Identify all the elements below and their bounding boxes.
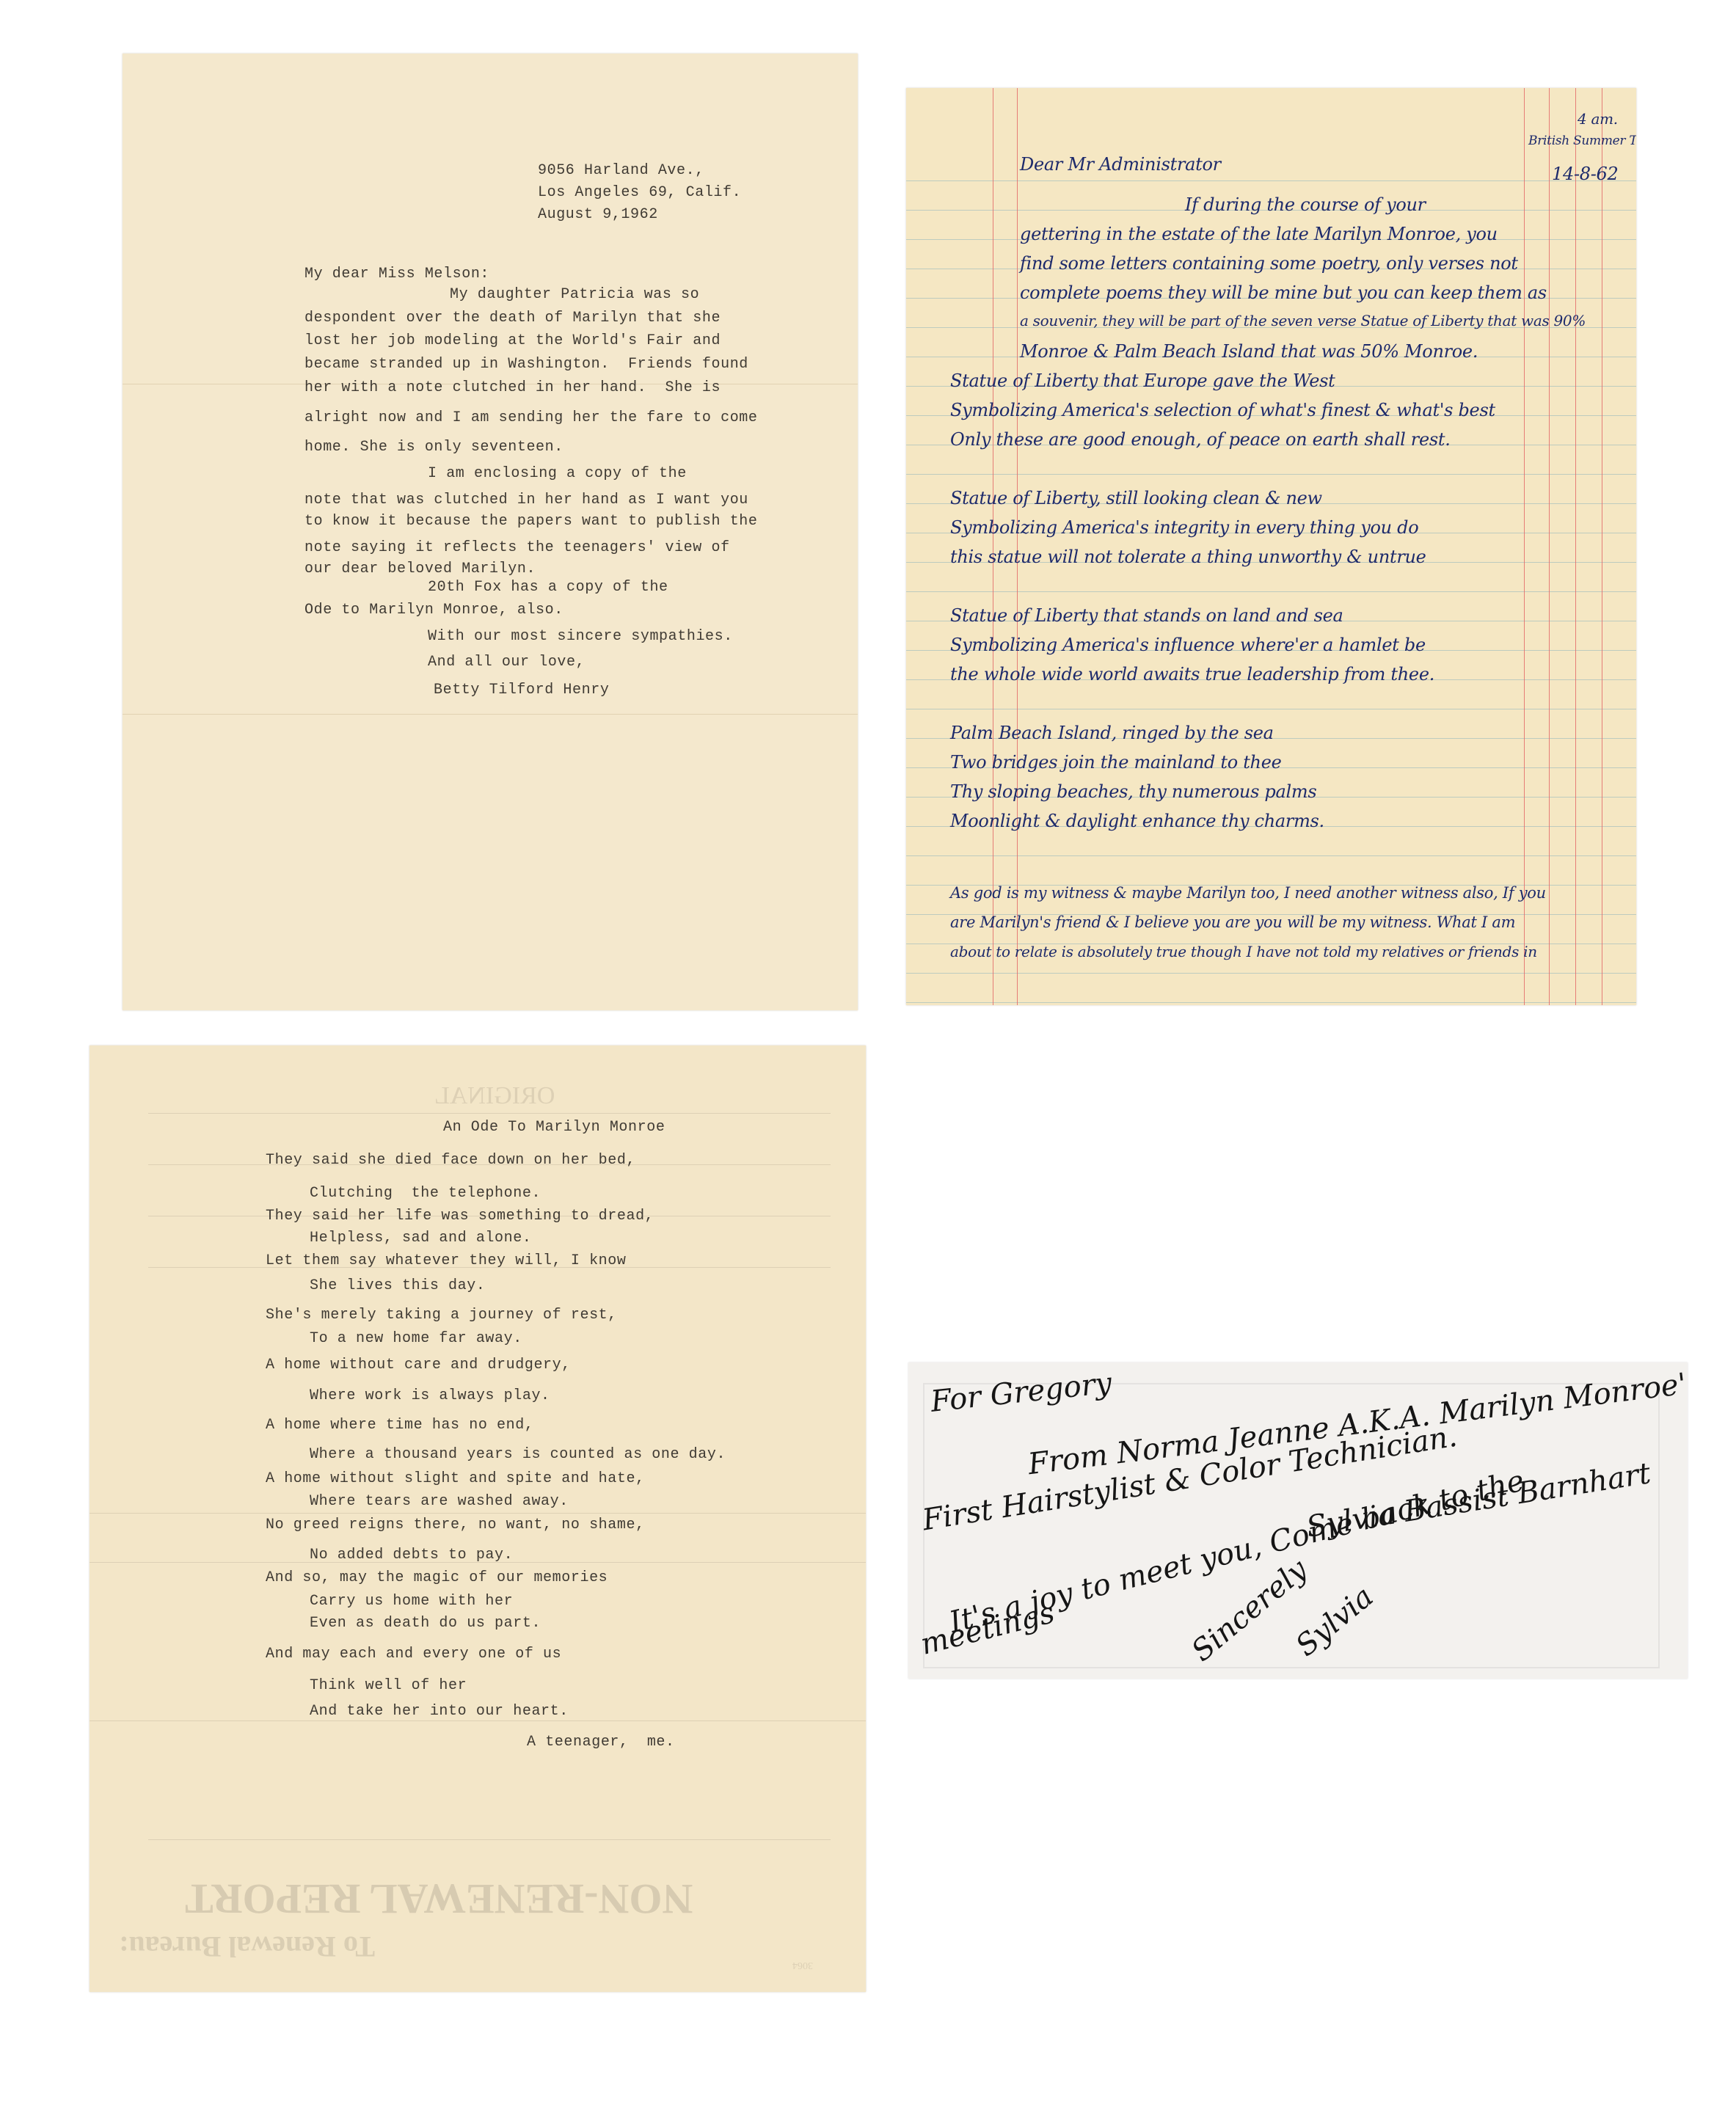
stanza-line: Statue of Liberty, still looking clean &… <box>950 488 1322 508</box>
form-rule <box>90 1720 866 1721</box>
poem-line: Even as death do us part. <box>310 1615 541 1632</box>
margin-line <box>1575 88 1576 1005</box>
margin-line <box>1602 88 1602 1005</box>
signed-card: For Gregory From Norma Jeanne A.K.A. Mar… <box>908 1362 1688 1679</box>
body-line: our dear beloved Marilyn. <box>304 561 536 577</box>
time-zone-note: British Summer Time <box>1528 134 1636 148</box>
body-line: home. She is only seventeen. <box>304 439 564 456</box>
ruled-line <box>906 180 1636 181</box>
poem-line: A home without care and drudgery, <box>266 1357 571 1373</box>
poem-line: And take her into our heart. <box>310 1703 569 1720</box>
stanza-line: the whole wide world awaits true leaders… <box>950 664 1434 685</box>
address-line: Los Angeles 69, Calif. <box>538 184 741 201</box>
paragraph-line: If during the course of your <box>1185 194 1426 215</box>
body-line: note saying it reflects the teenagers' v… <box>304 539 730 556</box>
form-subheading-ghost: To Renewal Bureau: <box>119 1930 375 1964</box>
body-line: note that was clutched in her hand as I … <box>304 492 748 508</box>
stanza-line: Symbolizing America's integrity in every… <box>950 517 1418 538</box>
closing-paragraph-line: As god is my witness & maybe Marilyn too… <box>950 884 1546 902</box>
handwritten-date: 14-8-62 <box>1552 164 1618 184</box>
ruled-line <box>906 973 1636 974</box>
form-number-ghost: 3064 <box>792 1959 813 1971</box>
stanza-line: Symbolizing America's selection of what'… <box>950 400 1495 420</box>
poem-line: Where a thousand years is counted as one… <box>310 1446 726 1463</box>
poem-line: A home without slight and spite and hate… <box>266 1470 645 1487</box>
poem-line: A home where time has no end, <box>266 1417 533 1434</box>
poem-line: Where tears are washed away. <box>310 1493 569 1510</box>
body-line: 20th Fox has a copy of the <box>428 579 668 596</box>
poem-line: No added debts to pay. <box>310 1547 513 1563</box>
poem-line: No greed reigns there, no want, no shame… <box>266 1517 645 1533</box>
poem-line: They said she died face down on her bed, <box>266 1152 635 1169</box>
typed-letter-sheet: 9056 Harland Ave., Los Angeles 69, Calif… <box>123 54 858 1010</box>
stanza-line: Thy sloping beaches, thy numerous palms <box>950 781 1316 802</box>
body-line: I am enclosing a copy of the <box>428 465 687 482</box>
ruled-line <box>906 855 1636 856</box>
poem-line: She lives this day. <box>310 1277 485 1294</box>
salutation: My dear Miss Melson: <box>304 266 489 282</box>
stanza-line: Symbolizing America's influence where'er… <box>950 635 1426 655</box>
poem-line: They said her life was something to drea… <box>266 1208 654 1225</box>
form-stamp-ghost: ORIGINAL <box>434 1082 555 1110</box>
form-rule <box>148 1839 831 1840</box>
poem-line: Think well of her <box>310 1677 467 1694</box>
stanza-line: Only these are good enough, of peace on … <box>950 429 1451 450</box>
poem-line: Where work is always play. <box>310 1387 550 1404</box>
paragraph-line: find some letters containing some poetry… <box>1020 253 1518 274</box>
time-note: 4 am. <box>1578 110 1618 128</box>
ruled-line <box>906 591 1636 592</box>
margin-line <box>1549 88 1550 1005</box>
closing-line: With our most sincere sympathies. <box>428 628 733 645</box>
form-rule <box>148 1113 831 1114</box>
signature: Betty Tilford Henry <box>434 682 609 698</box>
body-line: became stranded up in Washington. Friend… <box>304 356 748 373</box>
body-line: despondent over the death of Marilyn tha… <box>304 310 721 326</box>
salutation: Dear Mr Administrator <box>1020 154 1221 175</box>
poem-line: And so, may the magic of our memories <box>266 1569 608 1586</box>
handwritten-letter-sheet: 4 am. British Summer Time 14-8-62 Dear M… <box>906 88 1636 1005</box>
margin-line <box>1524 88 1525 1005</box>
paragraph-line: gettering in the estate of the late Mari… <box>1020 224 1498 244</box>
ode-sheet: ORIGINAL NON-RENEWAL REPORT To Renewal B… <box>90 1045 866 1992</box>
form-rule <box>90 1513 866 1514</box>
poem-signature: A teenager, me. <box>527 1734 675 1751</box>
poem-title: An Ode To Marilyn Monroe <box>443 1119 665 1136</box>
closing-paragraph-line: about to relate is absolutely true thoug… <box>950 943 1537 960</box>
poem-line: Carry us home with her <box>310 1593 513 1610</box>
stanza-line: Moonlight & daylight enhance thy charms. <box>950 811 1324 831</box>
body-line: lost her job modeling at the World's Fai… <box>304 332 721 349</box>
stanza-line: Statue of Liberty that stands on land an… <box>950 605 1343 626</box>
paragraph-line: Monroe & Palm Beach Island that was 50% … <box>1020 341 1478 362</box>
stanza-line: this statue will not tolerate a thing un… <box>950 547 1426 567</box>
ruled-line <box>906 1002 1636 1003</box>
poem-line: To a new home far away. <box>310 1330 522 1347</box>
ruled-line <box>906 709 1636 709</box>
poem-line: She's merely taking a journey of rest, <box>266 1307 617 1324</box>
ruled-line <box>906 474 1636 475</box>
stanza-line: Palm Beach Island, ringed by the sea <box>950 723 1274 743</box>
form-heading-ghost: NON-RENEWAL REPORT <box>185 1875 693 1924</box>
body-line: My daughter Patricia was so <box>450 286 699 303</box>
poem-line: Helpless, sad and alone. <box>310 1230 531 1247</box>
letter-date: August 9,1962 <box>538 206 658 223</box>
closing-line: And all our love, <box>428 654 585 671</box>
body-line: alright now and I am sending her the far… <box>304 409 758 426</box>
address-line: 9056 Harland Ave., <box>538 162 704 179</box>
poem-line: Let them say whatever they will, I know <box>266 1252 626 1269</box>
body-line: to know it because the papers want to pu… <box>304 513 758 530</box>
paper-fold-line <box>123 714 858 715</box>
poem-line: And may each and every one of us <box>266 1646 561 1663</box>
paragraph-line: complete poems they will be mine but you… <box>1020 282 1547 303</box>
closing-paragraph-line: are Marilyn's friend & I believe you are… <box>950 913 1515 931</box>
poem-line: Clutching the telephone. <box>310 1185 541 1202</box>
paragraph-line: a souvenir, they will be part of the sev… <box>1020 312 1586 329</box>
stanza-line: Two bridges join the mainland to thee <box>950 752 1282 773</box>
body-line: her with a note clutched in her hand. Sh… <box>304 379 721 396</box>
stanza-line: Statue of Liberty that Europe gave the W… <box>950 371 1335 391</box>
body-line: Ode to Marilyn Monroe, also. <box>304 602 564 618</box>
